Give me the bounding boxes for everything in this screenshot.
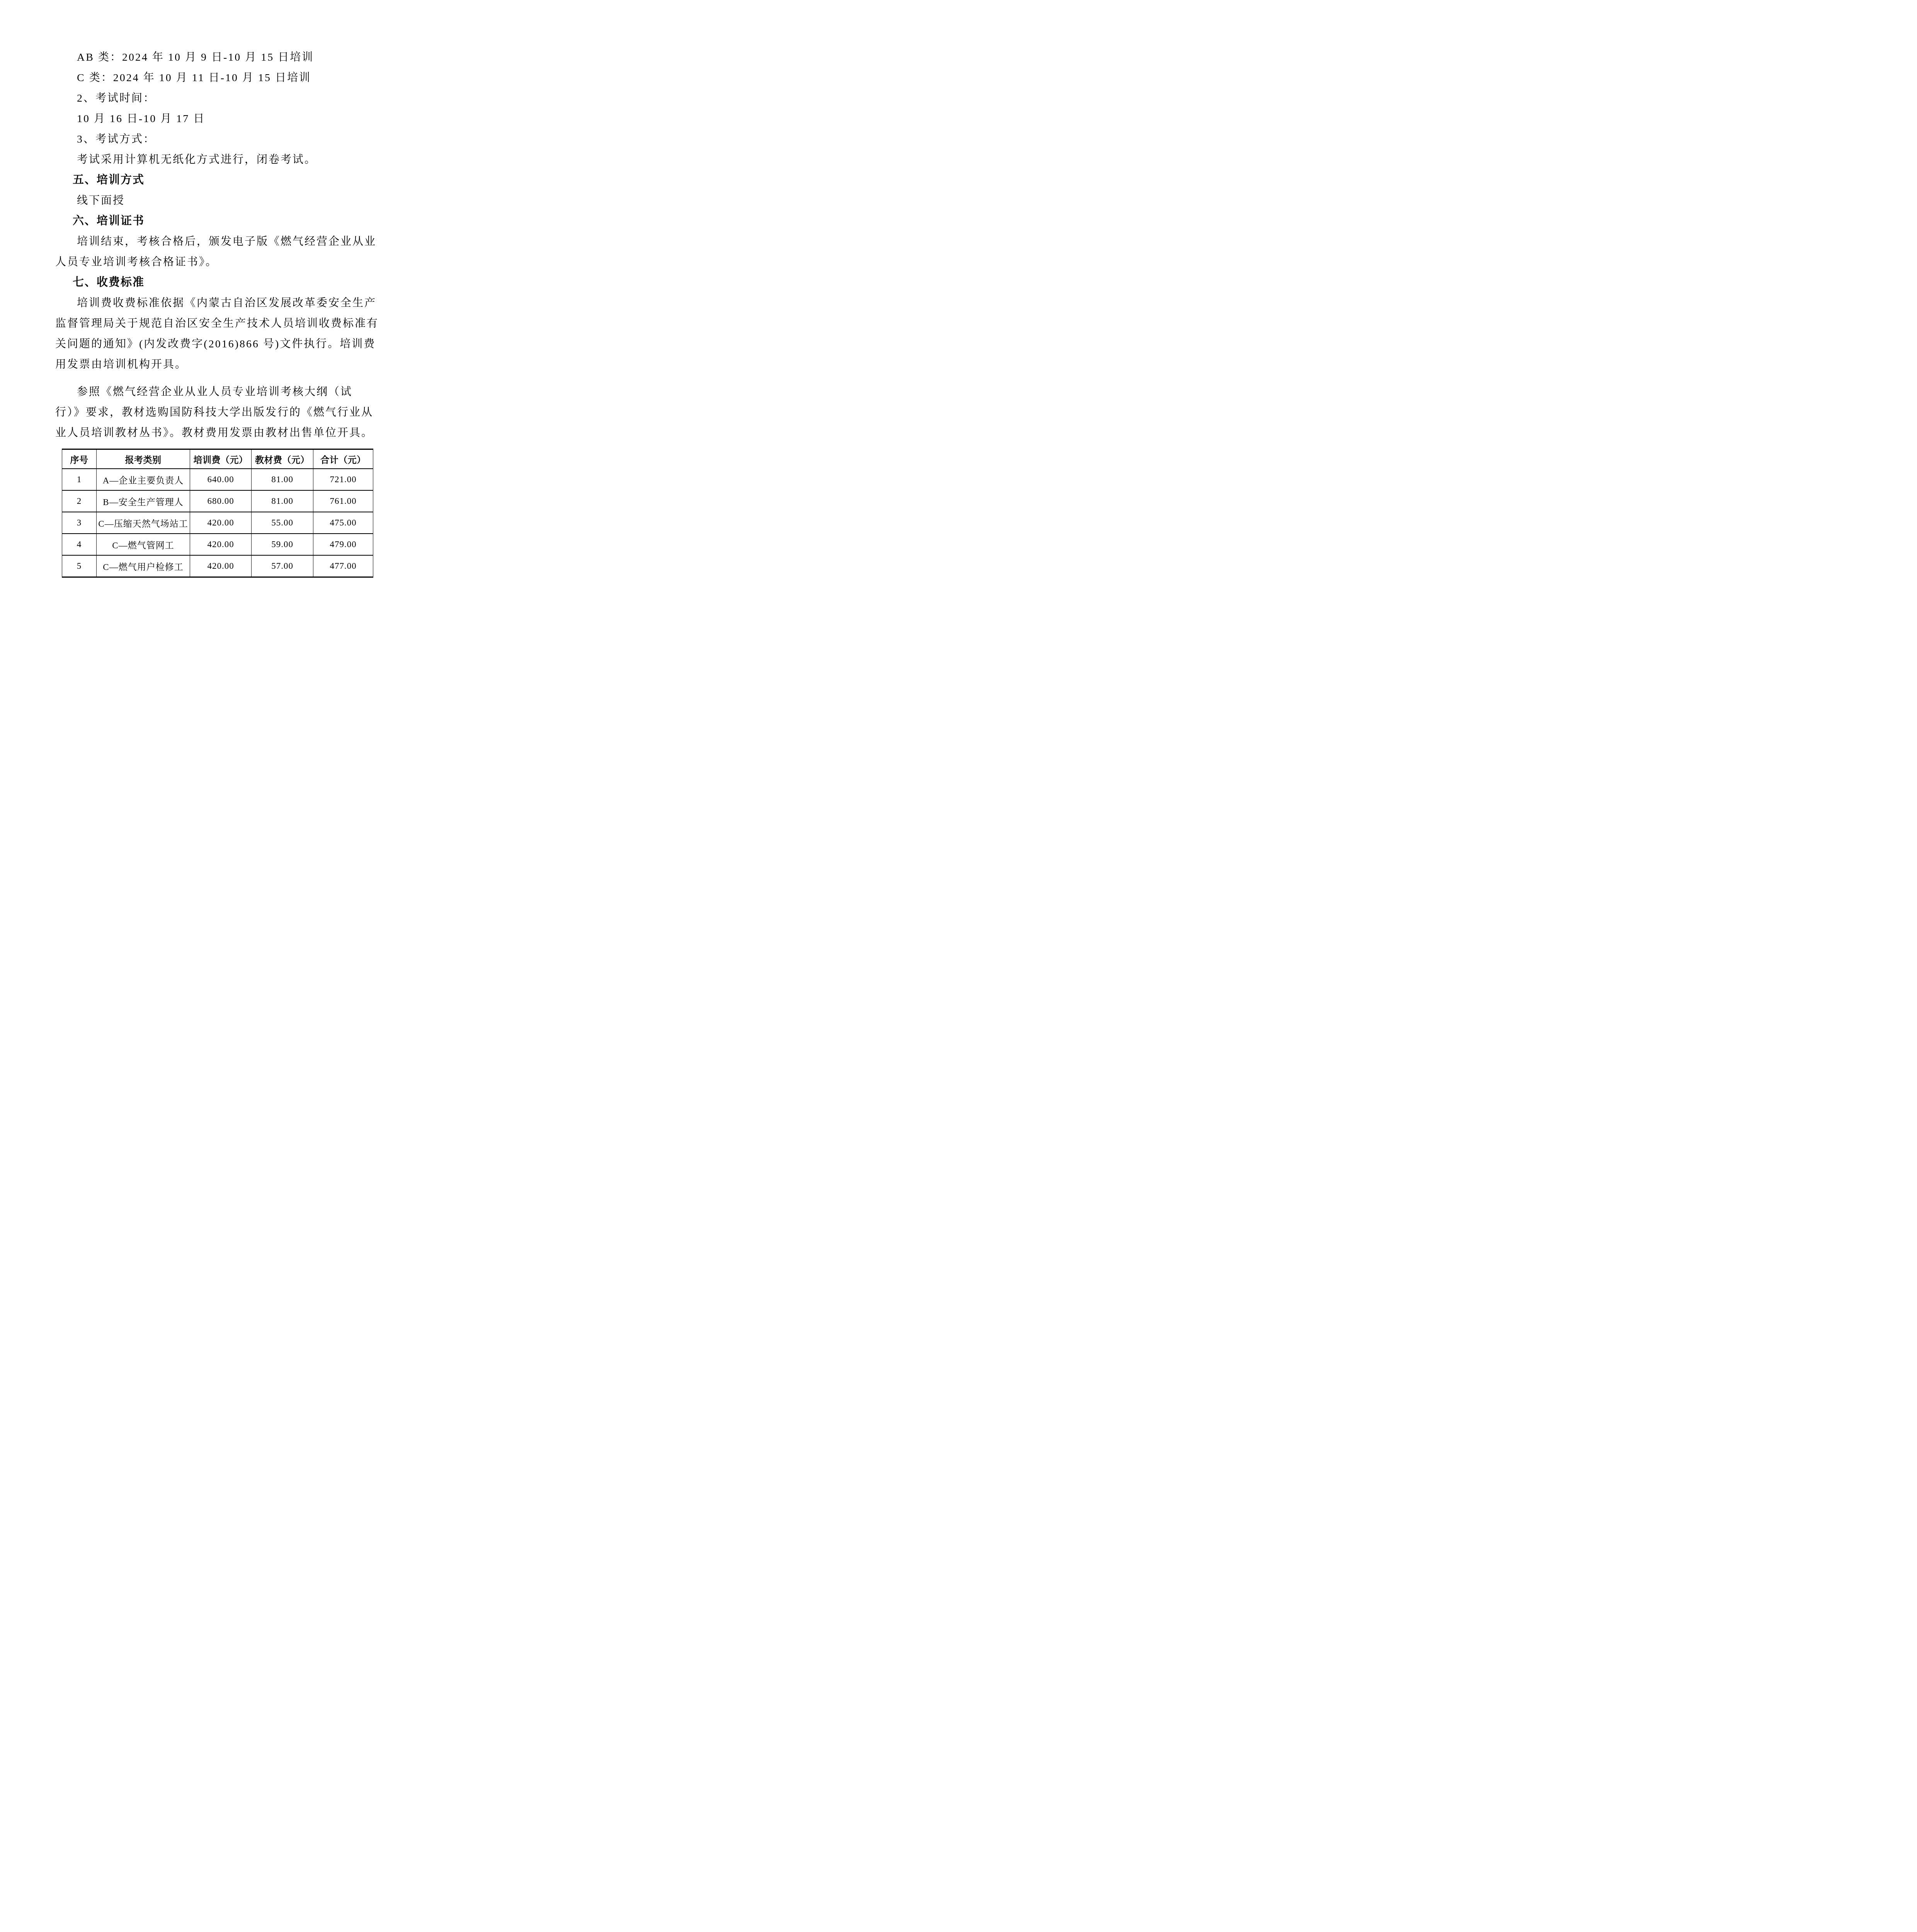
- heading-training-certificate: 六、培训证书: [55, 211, 388, 231]
- fee-table-header-cell: 培训费（元）: [190, 449, 252, 469]
- line-textbook-text-3: 业人员培训教材丛书》。教材费用发票由教材出售单位开具。: [55, 423, 388, 443]
- fee-table-row: 3 C—压缩天然气场站工 420.00 55.00 475.00: [62, 512, 373, 534]
- fee-table-cell: 721.00: [313, 469, 373, 490]
- line-exam-time-label: 2、考试时间：: [55, 88, 388, 109]
- fee-table-cell: 420.00: [190, 512, 252, 534]
- fee-table-header-cell: 合计（元）: [313, 449, 373, 469]
- line-fee-text-2: 监督管理局关于规范自治区安全生产技术人员培训收费标准有: [55, 313, 388, 334]
- fee-table-cell: C—压缩天然气场站工: [97, 512, 190, 534]
- fee-table-cell: 475.00: [313, 512, 373, 534]
- line-fee-text-1: 培训费收费标准依据《内蒙古自治区发展改革委安全生产: [55, 293, 388, 313]
- fee-table-cell: 59.00: [252, 534, 313, 555]
- line-c-training-dates: C 类：2024 年 10 月 11 日-10 月 15 日培训: [55, 68, 388, 88]
- line-training-method-desc: 线下面授: [55, 190, 388, 211]
- document-page: AB 类：2024 年 10 月 9 日-10 月 15 日培训 C 类：202…: [0, 0, 434, 613]
- document-body: AB 类：2024 年 10 月 9 日-10 月 15 日培训 C 类：202…: [55, 47, 388, 578]
- heading-training-method: 五、培训方式: [55, 170, 388, 190]
- fee-table-header-cell: 报考类别: [97, 449, 190, 469]
- fee-table-cell: 2: [62, 490, 97, 512]
- heading-fee-standard: 七、收费标准: [55, 272, 388, 293]
- fee-table-cell: 4: [62, 534, 97, 555]
- fee-table-cell: C—燃气管网工: [97, 534, 190, 555]
- fee-table-cell: 1: [62, 469, 97, 490]
- fee-table-cell: 57.00: [252, 555, 313, 577]
- fee-table-header-row: 序号 报考类别 培训费（元） 教材费（元） 合计（元）: [62, 449, 373, 469]
- fee-table-cell: 420.00: [190, 534, 252, 555]
- fee-table-cell: B—安全生产管理人: [97, 490, 190, 512]
- fee-table-cell: A—企业主要负责人: [97, 469, 190, 490]
- line-fee-text-3: 关问题的通知》(内发改费字(2016)866 号)文件执行。培训费: [55, 334, 388, 354]
- line-textbook-text-1: 参照《燃气经营企业从业人员专业培训考核大纲（试: [55, 382, 388, 402]
- line-exam-method-desc: 考试采用计算机无纸化方式进行，闭卷考试。: [55, 150, 388, 170]
- fee-table-cell: 479.00: [313, 534, 373, 555]
- line-exam-method-label: 3、考试方式：: [55, 129, 388, 150]
- fee-table-row: 5 C—燃气用户检修工 420.00 57.00 477.00: [62, 555, 373, 577]
- fee-table-cell: 761.00: [313, 490, 373, 512]
- line-ab-training-dates: AB 类：2024 年 10 月 9 日-10 月 15 日培训: [55, 47, 388, 68]
- line-exam-dates: 10 月 16 日-10 月 17 日: [55, 109, 388, 129]
- fee-table-header-cell: 教材费（元）: [252, 449, 313, 469]
- fee-table-cell: 477.00: [313, 555, 373, 577]
- fee-table-cell: 55.00: [252, 512, 313, 534]
- line-certificate-text-2: 人员专业培训考核合格证书》。: [55, 252, 388, 272]
- fee-table: 序号 报考类别 培训费（元） 教材费（元） 合计（元） 1 A—企业主要负责人 …: [62, 449, 373, 578]
- line-textbook-text-2: 行）》要求，教材选购国防科技大学出版发行的《燃气行业从: [55, 402, 388, 423]
- fee-table-cell: C—燃气用户检修工: [97, 555, 190, 577]
- fee-table-cell: 81.00: [252, 469, 313, 490]
- fee-table-cell: 5: [62, 555, 97, 577]
- fee-table-cell: 680.00: [190, 490, 252, 512]
- fee-table-cell: 81.00: [252, 490, 313, 512]
- fee-table-header-cell: 序号: [62, 449, 97, 469]
- line-fee-text-4: 用发票由培训机构开具。: [55, 354, 388, 375]
- line-certificate-text-1: 培训结束，考核合格后，颁发电子版《燃气经营企业从业: [55, 231, 388, 252]
- fee-table-cell: 640.00: [190, 469, 252, 490]
- fee-table-row: 4 C—燃气管网工 420.00 59.00 479.00: [62, 534, 373, 555]
- fee-table-row: 1 A—企业主要负责人 640.00 81.00 721.00: [62, 469, 373, 490]
- fee-table-cell: 3: [62, 512, 97, 534]
- fee-table-cell: 420.00: [190, 555, 252, 577]
- fee-table-row: 2 B—安全生产管理人 680.00 81.00 761.00: [62, 490, 373, 512]
